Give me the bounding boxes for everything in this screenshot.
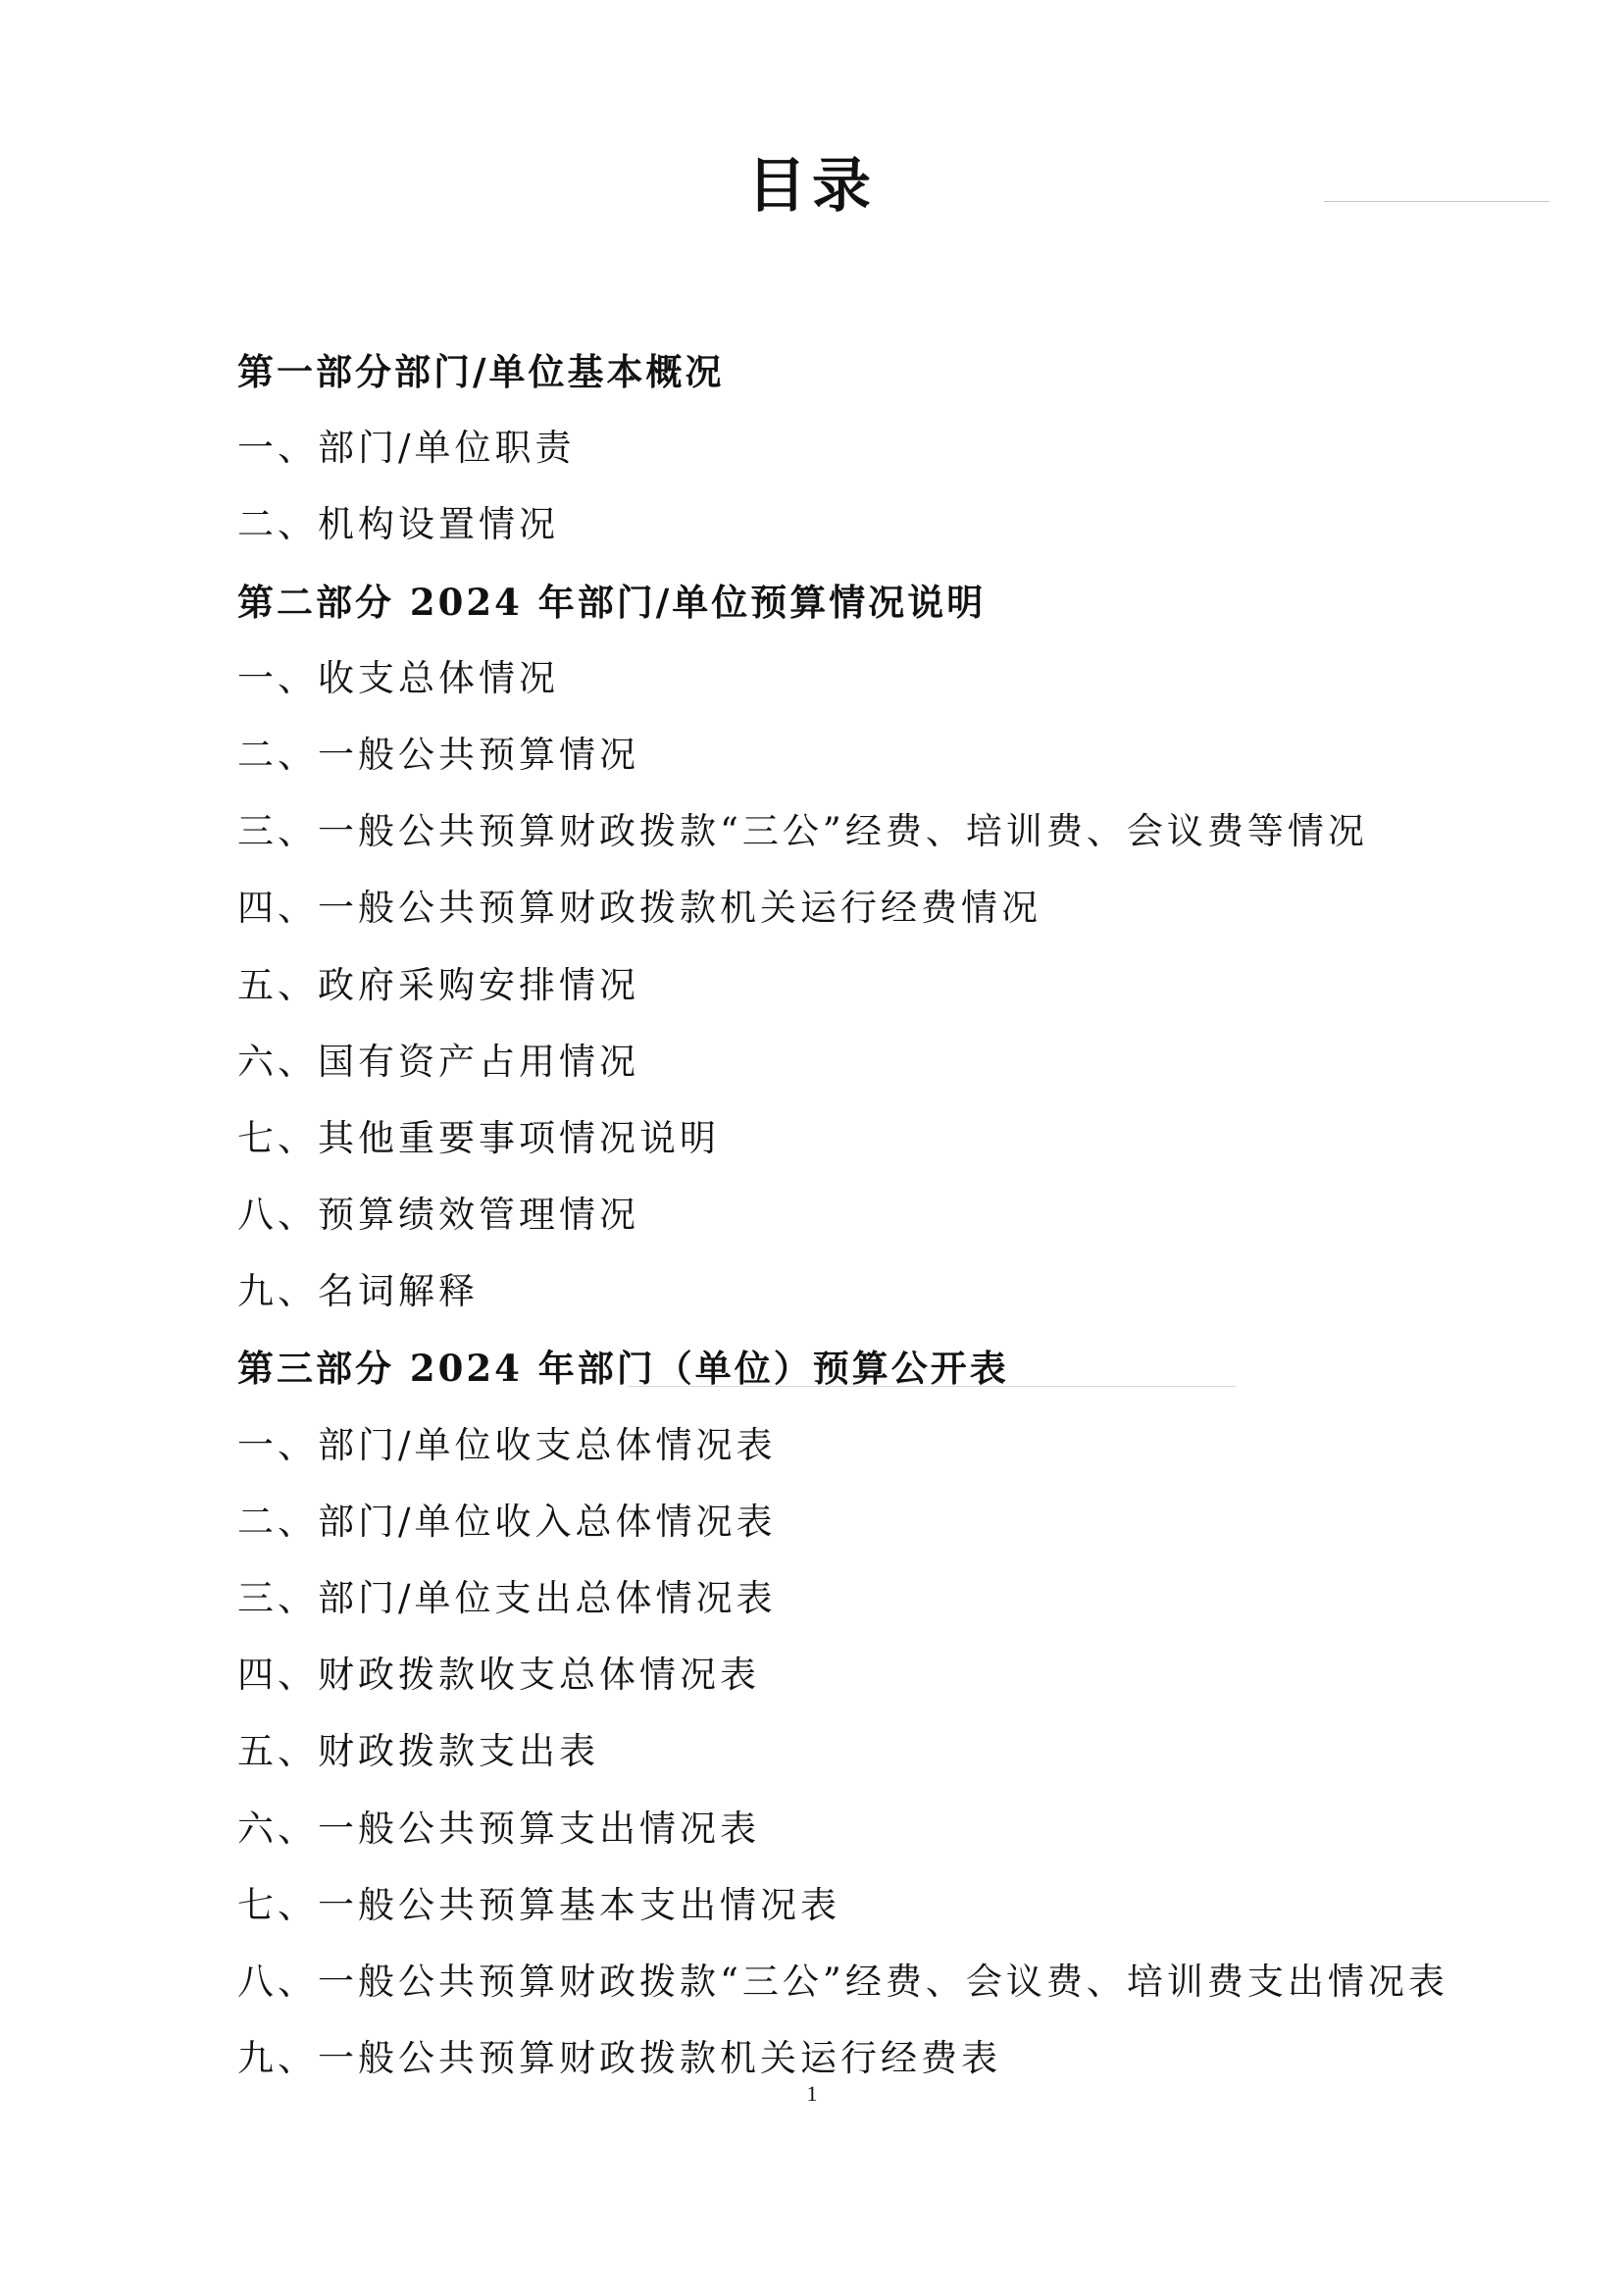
table-of-contents: 第一部分部门/单位基本概况 一、部门/单位职责 二、机构设置情况 第二部分 20…: [237, 333, 1512, 2097]
toc-item: 二、部门/单位收入总体情况表: [237, 1484, 1512, 1560]
scan-artifact: [628, 1386, 1236, 1387]
toc-item: 八、一般公共预算财政拨款“三公”经费、会议费、培训费支出情况表: [237, 1944, 1512, 2020]
toc-item: 七、其他重要事项情况说明: [237, 1100, 1512, 1177]
toc-item: 七、一般公共预算基本支出情况表: [237, 1867, 1512, 1944]
toc-item: 三、部门/单位支出总体情况表: [237, 1560, 1512, 1637]
toc-item: 一、部门/单位收支总体情况表: [237, 1407, 1512, 1484]
toc-item: 六、一般公共预算支出情况表: [237, 1791, 1512, 1867]
page-title: 目录: [0, 139, 1624, 224]
toc-item: 九、名词解释: [237, 1253, 1512, 1330]
toc-part-2: 第二部分 2024 年部门/单位预算情况说明: [237, 564, 1512, 640]
toc-part-3: 第三部分 2024 年部门（单位）预算公开表: [237, 1330, 1512, 1406]
toc-item: 四、财政拨款收支总体情况表: [237, 1637, 1512, 1713]
toc-item: 二、机构设置情况: [237, 486, 1512, 563]
toc-item: 一、收支总体情况: [237, 640, 1512, 717]
toc-item: 五、财政拨款支出表: [237, 1713, 1512, 1790]
toc-item: 一、部门/单位职责: [237, 410, 1512, 486]
scan-artifact: [1324, 201, 1549, 202]
toc-item: 五、政府采购安排情况: [237, 947, 1512, 1024]
toc-item: 四、一般公共预算财政拨款机关运行经费情况: [237, 870, 1512, 946]
toc-item: 六、国有资产占用情况: [237, 1024, 1512, 1100]
toc-item: 三、一般公共预算财政拨款“三公”经费、培训费、会议费等情况: [237, 793, 1512, 870]
page-number: 1: [0, 2081, 1624, 2107]
toc-item: 八、预算绩效管理情况: [237, 1177, 1512, 1253]
toc-item: 二、一般公共预算情况: [237, 717, 1512, 793]
toc-part-1: 第一部分部门/单位基本概况: [237, 333, 1512, 410]
